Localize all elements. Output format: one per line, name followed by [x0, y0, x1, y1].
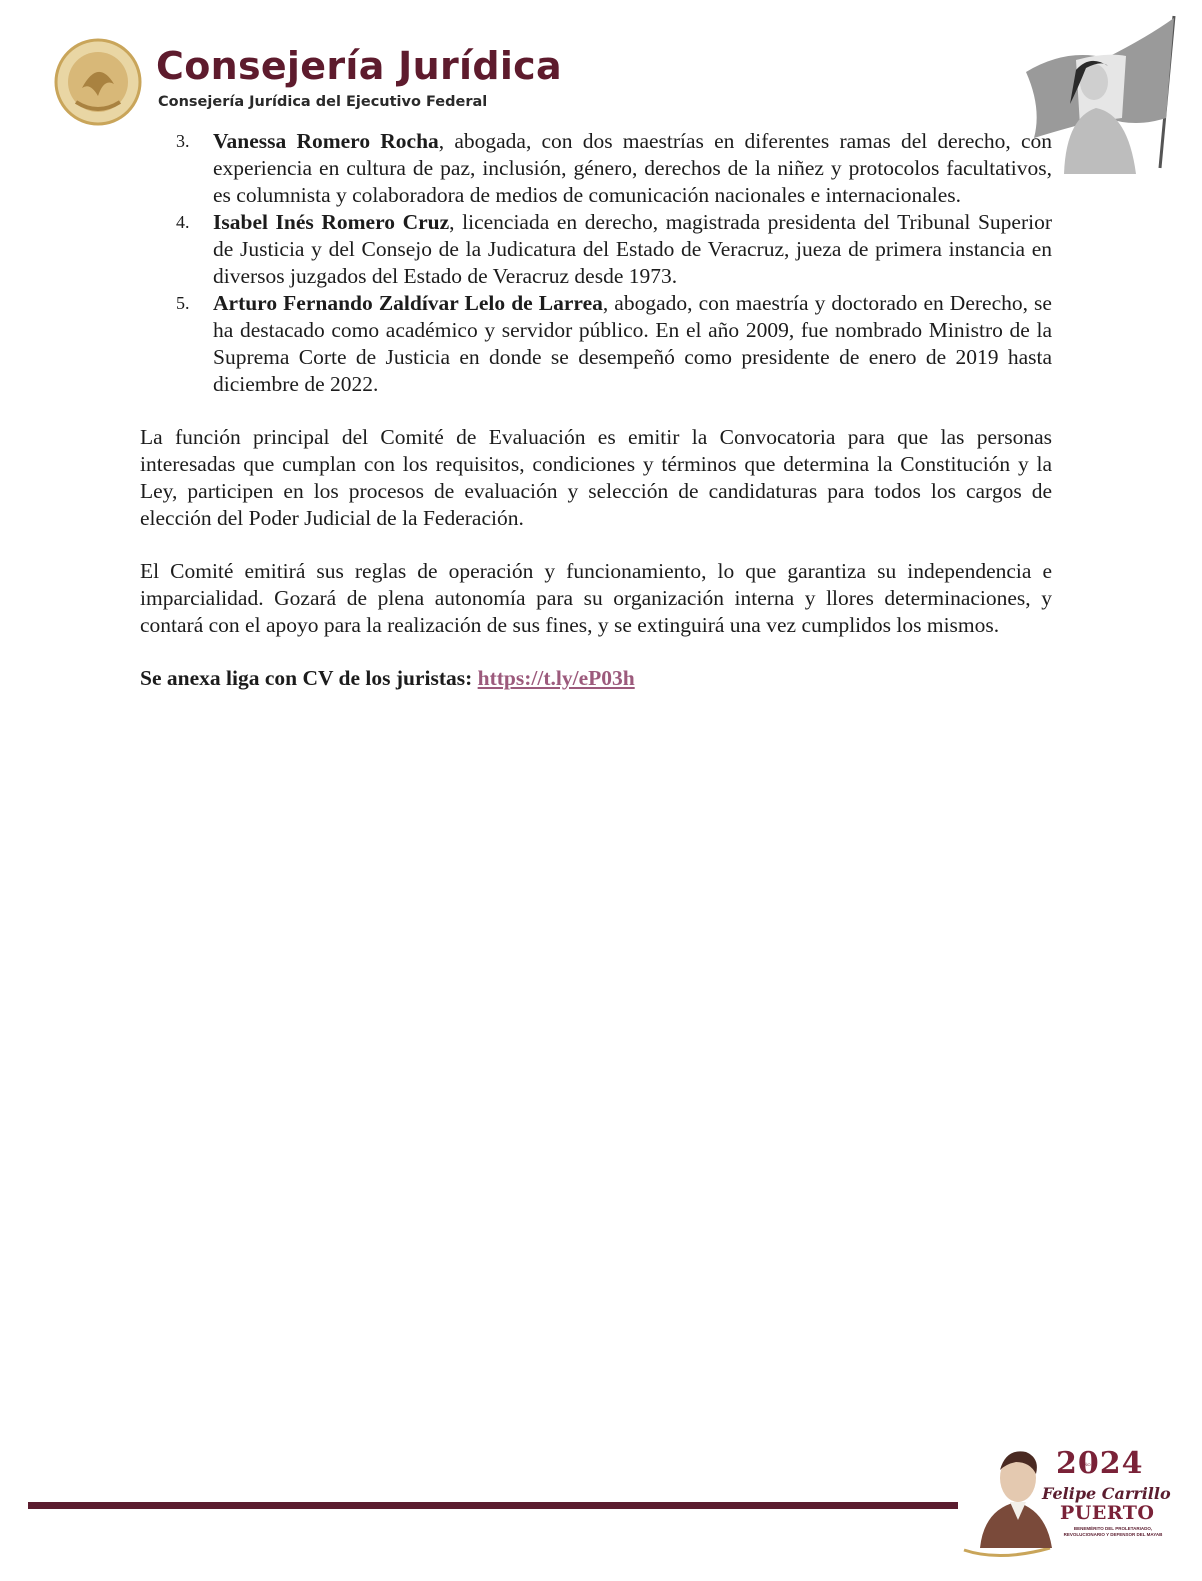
footer-divider [28, 1502, 958, 1509]
honoree-motto: BENEMÉRITO DEL PROLETARIADO, REVOLUCIONA… [1058, 1526, 1168, 1537]
annex-label: Se anexa liga con CV de los juristas: [140, 666, 478, 690]
brand-title: Consejería Jurídica [156, 44, 562, 88]
list-number: 4. [176, 209, 190, 236]
mexican-coat-of-arms-seal-icon [52, 38, 144, 126]
paragraph-committee-rules: El Comité emitirá sus reglas de operació… [140, 558, 1052, 639]
jurist-name: Vanessa Romero Rocha [213, 129, 439, 153]
brand-subtitle: Consejería Jurídica del Ejecutivo Federa… [158, 94, 487, 110]
list-number: 3. [176, 128, 190, 155]
document-body: 3. Vanessa Romero Rocha, abogada, con do… [140, 128, 1052, 692]
footer-logo-2024: 2024 AÑO DE Felipe Carrillo PUERTO BENEM… [960, 1440, 1190, 1565]
list-item: 3. Vanessa Romero Rocha, abogada, con do… [140, 128, 1052, 209]
paragraph-committee-function: La función principal del Comité de Evalu… [140, 424, 1052, 532]
jurist-name: Arturo Fernando Zaldívar Lelo de Larrea [213, 291, 603, 315]
jurist-name: Isabel Inés Romero Cruz [213, 210, 449, 234]
year-label: 2024 [1056, 1446, 1144, 1481]
honoree-name: Felipe Carrillo [1042, 1484, 1171, 1503]
list-item: 5. Arturo Fernando Zaldívar Lelo de Larr… [140, 290, 1052, 398]
list-item: 4. Isabel Inés Romero Cruz, licenciada e… [140, 209, 1052, 290]
annex-line: Se anexa liga con CV de los juristas: ht… [140, 665, 1052, 692]
year-prefix: AÑO DE [1082, 1462, 1097, 1467]
list-number: 5. [176, 290, 190, 317]
cv-link[interactable]: https://t.ly/eP03h [478, 666, 635, 690]
honoree-surname: PUERTO [1060, 1502, 1154, 1524]
jurist-list: 3. Vanessa Romero Rocha, abogada, con do… [140, 128, 1052, 398]
